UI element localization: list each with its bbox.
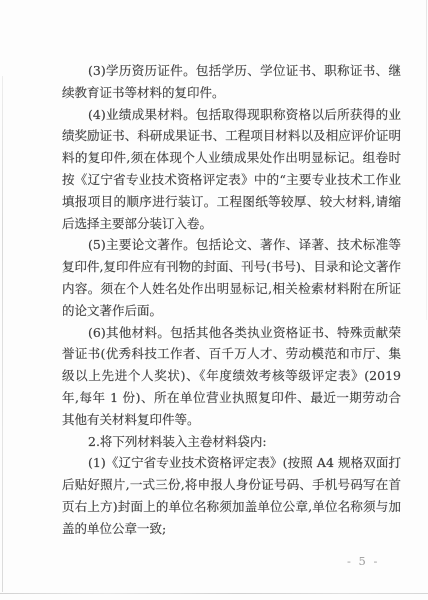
text-line: 绩奖励证书、科研成果证书、工程项目材料以及相应评价证明材: [62, 125, 401, 147]
text-line: 按《辽宁省专业技术资格评定表》中的“主要专业技术工作业绩”: [62, 169, 401, 191]
page-number: - 5 -: [347, 554, 379, 568]
text-line: 誉证书(优秀科技工作者、百千万人才、劳动模范和市厅、集团: [62, 343, 401, 365]
text-line: 盖的单位公章一致;: [62, 518, 401, 540]
text-line: 年,每年 1 份)、所在单位营业执照复印件、最近一期劳动合同、: [62, 387, 401, 409]
text-line: 后选择主要部分装订入卷。: [62, 213, 401, 235]
text-line: 其他有关材料复印件等。: [62, 409, 401, 431]
text-line: 内容。须在个人姓名处作出明显标记,相关检索材料附在所证明: [62, 278, 401, 300]
text-line: (5)主要论文著作。包括论文、著作、译著、技术标准等: [62, 234, 401, 256]
text-line: 填报项目的顺序进行装订。工程图纸等较厚、较大材料,请缩印: [62, 191, 401, 213]
text-line: 的论文著作后面。: [62, 300, 401, 322]
text-line: 页右上方)封面上的单位名称须加盖单位公章,单位名称须与加: [62, 496, 401, 518]
scan-artifact-right-edge: [426, 0, 427, 320]
text-line: 级以上先进个人奖状)、《年度绩效考核等级评定表》(2019 至 2021: [62, 365, 401, 387]
text-line: (3)学历资历证件。包括学历、学位证书、职称证书、继: [62, 60, 401, 82]
paragraph-section-2-main-folder-materials: 2.将下列材料装入主卷材料袋内:: [62, 431, 401, 453]
paragraph-item-6-other-materials: (6)其他材料。包括其他各类执业资格证书、特殊贡献荣誉证书(优秀科技工作者、百千…: [62, 322, 401, 431]
paragraph-item-4-performance-materials: (4)业绩成果材料。包括取得现职称资格以后所获得的业绩奖励证书、科研成果证书、工…: [62, 104, 401, 235]
text-line: (4)业绩成果材料。包括取得现职称资格以后所获得的业: [62, 104, 401, 126]
text-line: 2.将下列材料装入主卷材料袋内:: [62, 431, 401, 453]
text-line: (6)其他材料。包括其他各类执业资格证书、特殊贡献荣: [62, 322, 401, 344]
text-line: 后贴好照片,一式三份,将申报人身份证号码、手机号码写在首: [62, 474, 401, 496]
text-line: 复印件,复印件应有刊物的封面、刊号(书号)、目录和论文著作: [62, 256, 401, 278]
paragraph-item-1-qualification-evaluation-form: (1)《辽宁省专业技术资格评定表》(按照 A4 规格双面打印后贴好照片,一式三份…: [62, 452, 401, 539]
text-line: 料的复印件,须在体现个人业绩成果处作出明显标记。组卷时要: [62, 147, 401, 169]
text-line: 续教育证书等材料的复印件。: [62, 82, 401, 104]
document-body: (3)学历资历证件。包括学历、学位证书、职称证书、继续教育证书等材料的复印件。(…: [62, 60, 401, 540]
scan-artifact-left-edge: [2, 76, 3, 592]
paragraph-item-5-papers-and-works: (5)主要论文著作。包括论文、著作、译著、技术标准等复印件,复印件应有刊物的封面…: [62, 234, 401, 321]
text-line: (1)《辽宁省专业技术资格评定表》(按照 A4 规格双面打印: [62, 452, 401, 474]
paragraph-item-3-education-credentials: (3)学历资历证件。包括学历、学位证书、职称证书、继续教育证书等材料的复印件。: [62, 60, 401, 104]
scan-artifact-bottom-edge: [0, 593, 428, 594]
